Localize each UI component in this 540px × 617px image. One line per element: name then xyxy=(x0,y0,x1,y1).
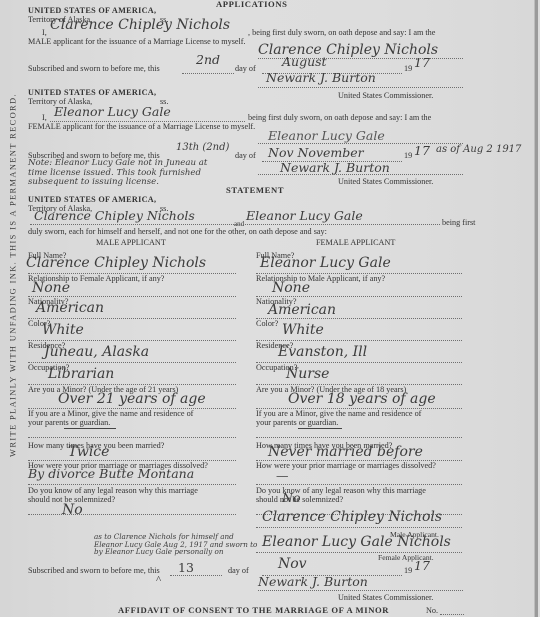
residence-value: Juneau, Alaska xyxy=(44,344,149,360)
legal-reason-label-1: Do you know of any legal reason why this… xyxy=(28,486,198,495)
statement-male-name: Clarence Chipley Nichols xyxy=(34,208,195,223)
affidavit-number-line xyxy=(440,614,464,615)
commissioner-title: United States Commissioner. xyxy=(338,91,433,100)
parents-label-1: If you are a Minor, give the name and re… xyxy=(28,409,193,418)
field-line xyxy=(256,484,462,485)
affidavit-title: AFFIDAVIT OF CONSENT TO THE MARRIAGE OF … xyxy=(118,606,389,615)
subscribed-label: Subscribed and sworn to before me, this xyxy=(28,566,160,575)
field-line xyxy=(28,318,236,319)
day-label: day of xyxy=(235,151,256,160)
day-label: day of xyxy=(235,64,256,73)
occupation-value: Librarian xyxy=(48,366,114,382)
dissolved-value: — xyxy=(276,468,289,483)
page-edge-shadow xyxy=(534,0,535,617)
times-married-value: Twice xyxy=(68,444,109,460)
male-applicant-header: MALE APPLICANT xyxy=(96,238,166,247)
year-prefix: 19 xyxy=(404,566,412,575)
female-applicant-signature: Eleanor Lucy Gale Nichols xyxy=(262,534,451,550)
nationality-value: American xyxy=(36,300,104,316)
commissioner-signature: Newark J. Burton xyxy=(266,70,376,85)
jurisdiction-line1: UNITED STATES OF AMERICA, xyxy=(28,88,156,97)
applications-title: APPLICATIONS xyxy=(216,0,288,9)
jurisdiction-line1: UNITED STATES OF AMERICA, xyxy=(28,195,156,204)
being-first: being first xyxy=(442,218,475,227)
affidavit-number-label: No. xyxy=(426,606,438,615)
male-applicant-name: Clarence Chipley Nichols xyxy=(50,17,230,33)
full-name-value: Eleanor Lucy Gale xyxy=(260,255,391,271)
signature-line xyxy=(256,527,462,528)
caret-mark: ^ xyxy=(156,576,161,585)
commissioner-title: United States Commissioner. xyxy=(338,593,433,602)
field-line xyxy=(28,484,236,485)
dissolved-value: By divorce Butte Montana xyxy=(28,466,194,481)
oath-text: being first duly sworn, on oath depose a… xyxy=(248,113,431,122)
color-label: Color? xyxy=(256,319,278,328)
blank-dash xyxy=(298,428,342,429)
field-line xyxy=(28,514,236,515)
day-value: 2nd xyxy=(196,52,220,67)
female-applicant-header: FEMALE APPLICANT xyxy=(316,238,395,247)
statement-oath-text: duly sworn, each for himself and herself… xyxy=(28,227,327,236)
commissioner-line xyxy=(258,174,463,175)
legal-reason-value: No xyxy=(62,502,83,518)
i-label: I, xyxy=(42,28,47,37)
times-married-value: Never married before xyxy=(268,444,423,460)
oath-text: , being first duly sworn, on oath depose… xyxy=(248,28,435,37)
female-applicant-signature: Eleanor Lucy Gale xyxy=(268,128,385,143)
year-prefix: 19 xyxy=(404,64,412,73)
jurisdiction-line1: UNITED STATES OF AMERICA, xyxy=(28,6,156,15)
statement-female-name: Eleanor Lucy Gale xyxy=(246,208,363,223)
statement-title: STATEMENT xyxy=(226,186,284,195)
day-value: 13th (2nd) xyxy=(176,142,229,153)
oath-text-2: FEMALE applicant for the issuance of a M… xyxy=(28,122,255,131)
relationship-value: None xyxy=(272,280,310,296)
field-line xyxy=(256,437,462,438)
year-value: 17 xyxy=(414,143,430,158)
male-applicant-signature: Clarence Chipley Nichols xyxy=(262,509,442,525)
day-line xyxy=(182,73,234,74)
day-label: day of xyxy=(228,566,249,575)
side-margin-instruction: WRITE PLAINLY WITH UNFADING INK. THIS IS… xyxy=(6,110,20,440)
month-value: August xyxy=(282,54,327,69)
blank-dash xyxy=(64,428,116,429)
parents-label-2: your parents or guardian. xyxy=(28,418,110,427)
occupation-value: Nurse xyxy=(286,366,329,382)
full-name-value: Clarence Chipley Nichols xyxy=(26,255,206,271)
side-margin-text: WRITE PLAINLY WITH UNFADING INK. THIS IS… xyxy=(9,93,18,457)
signature-line xyxy=(258,143,463,144)
month-value: Nov xyxy=(278,556,307,572)
field-line xyxy=(256,318,462,319)
marriage-license-document: WRITE PLAINLY WITH UNFADING INK. THIS IS… xyxy=(0,0,538,617)
female-applicant-name: Eleanor Lucy Gale xyxy=(54,104,171,119)
year-value: 17 xyxy=(414,558,430,573)
minor-value: Over 18 years of age xyxy=(288,391,436,407)
relationship-value: None xyxy=(32,280,70,296)
subscribed-label: Subscribed and sworn to before me, this xyxy=(28,64,160,73)
commissioner-signature: Newark J. Burton xyxy=(280,160,390,175)
commissioner-line xyxy=(258,590,463,591)
month-value: Nov November xyxy=(268,145,364,160)
day-value: 13 xyxy=(178,560,194,575)
names-line xyxy=(30,224,440,225)
color-value: White xyxy=(42,322,84,338)
year-value: 17 xyxy=(414,55,430,70)
oath-text-2: MALE applicant for the issuance of a Mar… xyxy=(28,37,246,46)
parents-label-2: your parents or guardian. xyxy=(256,418,338,427)
day-line xyxy=(170,575,222,576)
i-label: I, xyxy=(42,113,47,122)
handwritten-note: Note: Eleanor Lucy Gale not in Juneau at… xyxy=(28,159,228,188)
color-value: White xyxy=(282,322,324,338)
commissioner-title: United States Commissioner. xyxy=(338,177,433,186)
minor-value: Over 21 years of age xyxy=(58,391,206,407)
commissioner-line xyxy=(258,87,463,88)
page-edge xyxy=(535,0,538,617)
year-prefix: 19 xyxy=(404,151,412,160)
field-line xyxy=(28,437,236,438)
commissioner-signature: Newark J. Burton xyxy=(258,574,368,589)
legal-reason-value: No xyxy=(282,490,300,505)
parents-label-1: If you are a Minor, give the name and re… xyxy=(256,409,421,418)
handwritten-annotation: as to Clarence Nichols for himself and E… xyxy=(94,533,258,556)
nationality-value: American xyxy=(268,302,336,318)
residence-value: Evanston, Ill xyxy=(278,344,367,360)
margin-annotation: as of Aug 2 1917 xyxy=(436,144,521,155)
